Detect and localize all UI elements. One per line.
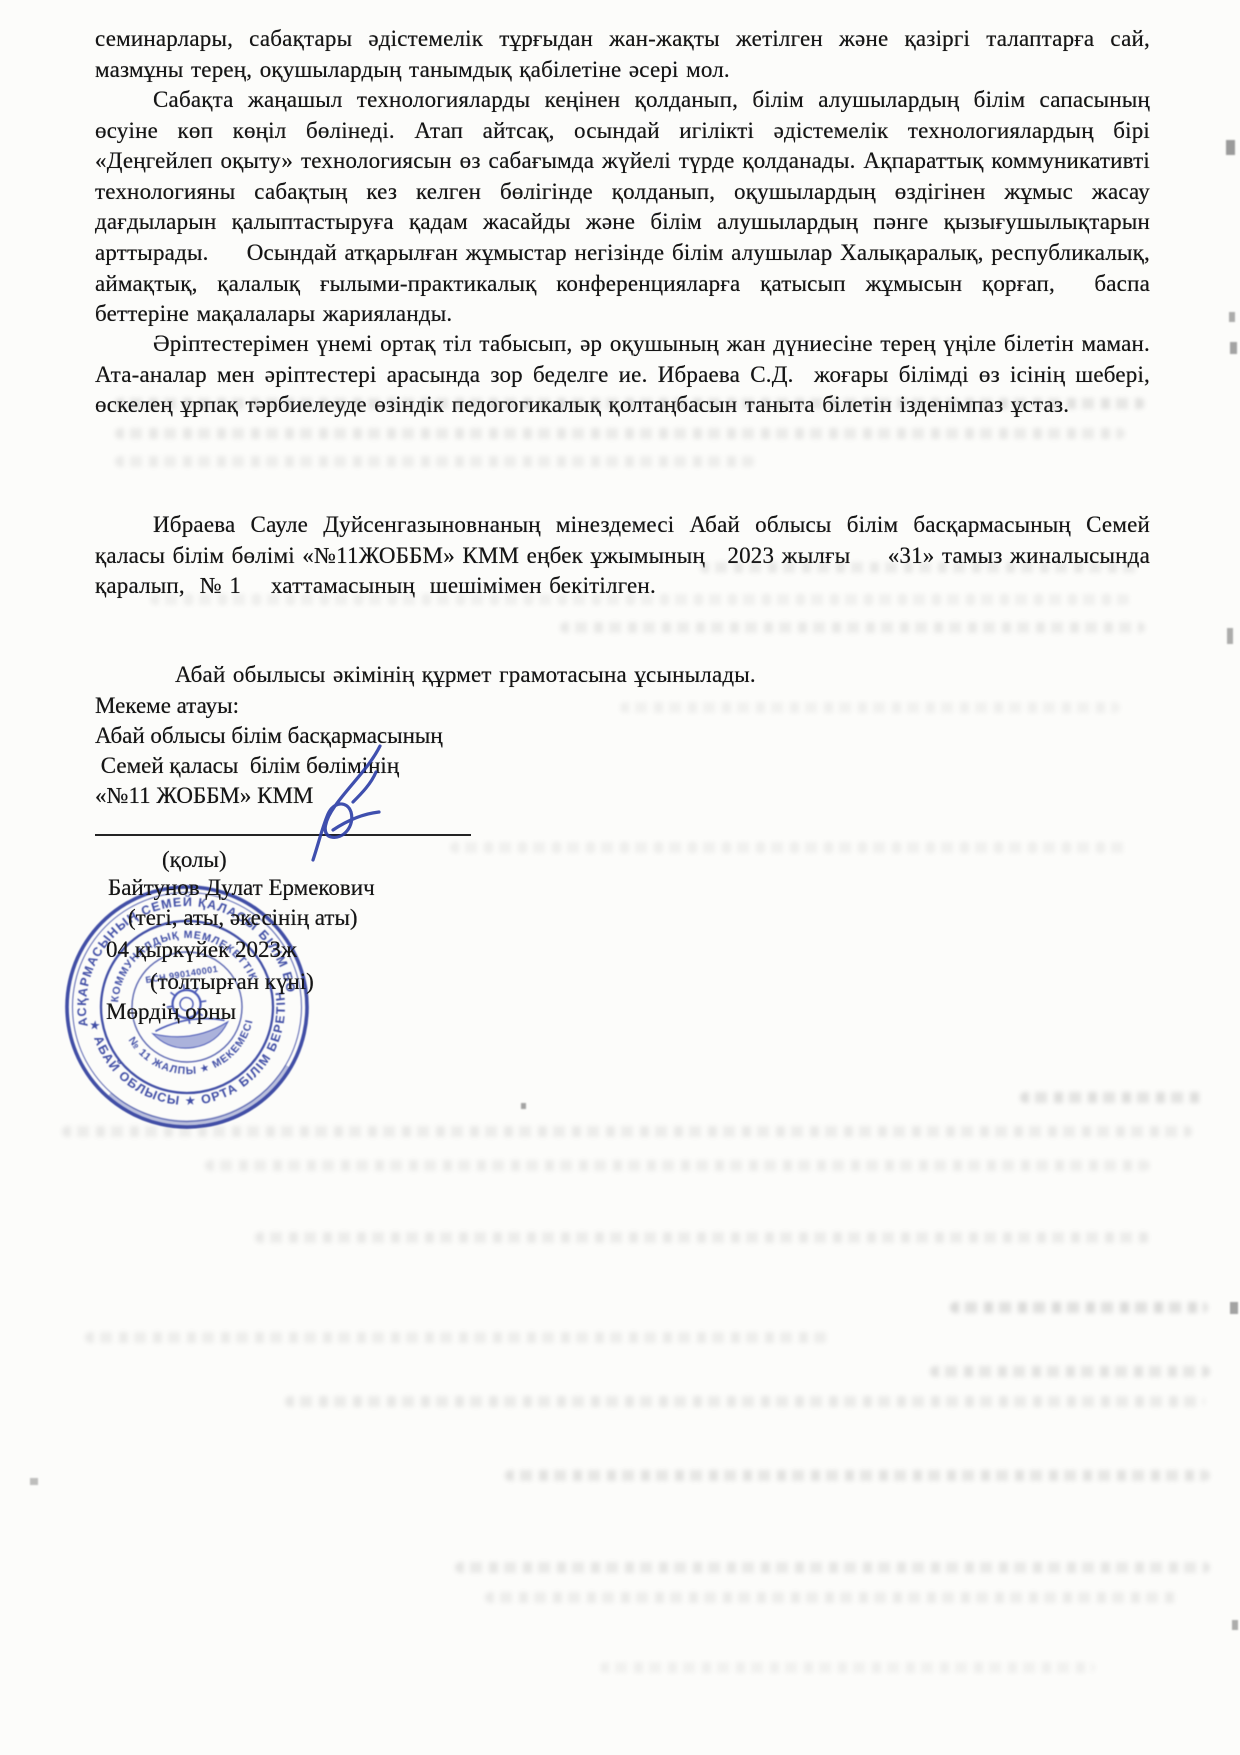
paragraph-protocol: Ибраева Сауле Дуйсенгазыновнаның мінезде…	[95, 510, 1150, 602]
paragraph-continuation: семинарлары, сабақтары әдістемелік тұрғы…	[95, 24, 1150, 85]
bleedthrough-artifact	[930, 1366, 1210, 1377]
bleedthrough-artifact	[485, 1592, 1180, 1603]
scan-speck	[1232, 1620, 1238, 1630]
bleedthrough-artifact	[700, 562, 1140, 573]
scan-speck	[521, 1103, 526, 1109]
bleedthrough-artifact	[255, 1232, 1150, 1243]
bleedthrough-artifact	[505, 1470, 1210, 1481]
bleedthrough-artifact	[620, 702, 1120, 713]
scan-speck	[30, 1478, 38, 1485]
signature-caption: (қолы)	[162, 846, 227, 874]
stamp-place-label: Мөрдің орны	[106, 998, 236, 1026]
bleedthrough-artifact	[600, 1662, 1095, 1673]
paragraph-recommendation: Абай обылысы әкімінің құрмет грамотасына…	[95, 660, 1150, 691]
bleedthrough-artifact	[85, 1332, 830, 1343]
scan-speck	[1229, 312, 1235, 322]
bleedthrough-artifact	[115, 398, 1145, 409]
signer-name: Байтунов Дулат Ермекович	[108, 874, 375, 902]
bleedthrough-artifact	[1020, 1092, 1205, 1103]
bleedthrough-artifact	[115, 428, 1125, 439]
bleedthrough-artifact	[115, 456, 755, 467]
scan-speck	[1230, 1302, 1238, 1314]
scanned-document-page: семинарлары, сабақтары әдістемелік тұрғы…	[0, 0, 1240, 1755]
scan-speck	[1226, 140, 1235, 155]
bleedthrough-artifact	[150, 594, 1130, 605]
signer-name-caption: (тегі, аты, әкесінің аты)	[128, 904, 358, 932]
bleedthrough-artifact	[560, 622, 1145, 633]
paragraph-technologies: Сабақта жаңашыл технологияларды кеңінен …	[95, 85, 1150, 330]
bleedthrough-artifact	[205, 1160, 1150, 1171]
org-name-label: Мекеме атауы:	[95, 692, 239, 720]
bleedthrough-artifact	[450, 842, 1130, 853]
fill-date-caption: (толтырған күні)	[150, 968, 314, 996]
bleedthrough-artifact	[285, 1396, 1205, 1407]
bleedthrough-artifact	[455, 1562, 1210, 1573]
org-name-line-3: «№11 ЖОББМ» КММ	[95, 782, 313, 810]
fill-date: 04 қыркүйек 2023ж	[106, 936, 297, 964]
scan-speck	[1227, 628, 1233, 644]
handwritten-signature	[283, 742, 413, 864]
scan-speck	[1230, 342, 1237, 354]
bleedthrough-artifact	[950, 1302, 1208, 1313]
